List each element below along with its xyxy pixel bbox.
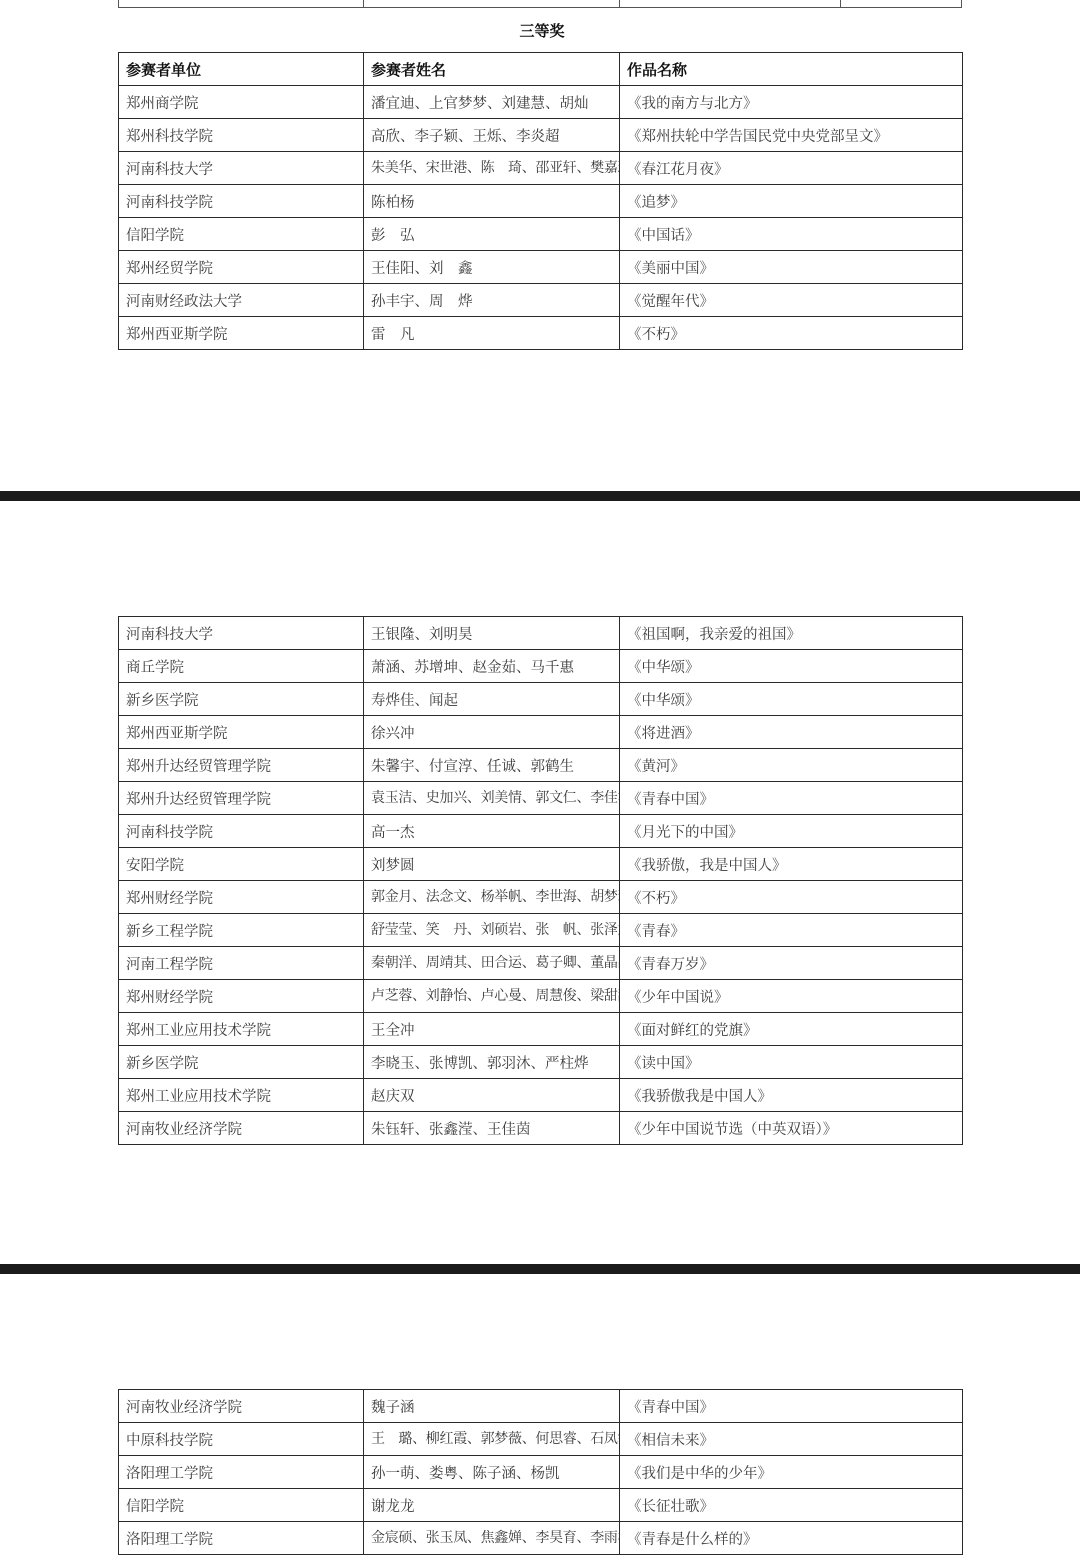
table-row: 河南财经政法大学 孙丰宇、周 烨 《觉醒年代》 bbox=[119, 284, 963, 317]
cell-names: 王全冲 bbox=[364, 1013, 620, 1046]
cell-unit: 新乡医学院 bbox=[119, 1046, 364, 1079]
cell-unit: 郑州工业应用技术学院 bbox=[119, 1013, 364, 1046]
cell-work: 《青春》 bbox=[620, 914, 963, 947]
table-row: 信阳学院 谢龙龙 《长征壮歌》 bbox=[119, 1489, 963, 1522]
table-row: 河南科技学院 高一杰 《月光下的中国》 bbox=[119, 815, 963, 848]
cell-unit: 河南牧业经济学院 bbox=[119, 1112, 364, 1145]
table-row: 河南科技大学 王银隆、刘明昊 《祖国啊，我亲爱的祖国》 bbox=[119, 617, 963, 650]
cell-names: 刘梦圆 bbox=[364, 848, 620, 881]
cell-names: 朱钰轩、张鑫滢、王佳茵 bbox=[364, 1112, 620, 1145]
cell-work: 《青春中国》 bbox=[620, 782, 963, 815]
table-header-row: 参赛者单位 参赛者姓名 作品名称 bbox=[119, 53, 963, 86]
table-row: 郑州工业应用技术学院 王全冲 《面对鲜红的党旗》 bbox=[119, 1013, 963, 1046]
cell-work: 《祖国啊，我亲爱的祖国》 bbox=[620, 617, 963, 650]
cell-names: 谢龙龙 bbox=[364, 1489, 620, 1522]
table-row: 郑州西亚斯学院 雷 凡 《不朽》 bbox=[119, 317, 963, 350]
cell-work: 《中华颂》 bbox=[620, 650, 963, 683]
table-row: 新乡医学院 寿烨佳、闻起 《中华颂》 bbox=[119, 683, 963, 716]
cell-names: 寿烨佳、闻起 bbox=[364, 683, 620, 716]
cell-names: 陈柏杨 bbox=[364, 185, 620, 218]
cell-work: 《长征壮歌》 bbox=[620, 1489, 963, 1522]
column-header-unit: 参赛者单位 bbox=[119, 53, 364, 86]
column-header-work: 作品名称 bbox=[620, 53, 963, 86]
table-row: 河南科技学院 陈柏杨 《追梦》 bbox=[119, 185, 963, 218]
cell-unit: 郑州升达经贸管理学院 bbox=[119, 782, 364, 815]
column-header-names: 参赛者姓名 bbox=[364, 53, 620, 86]
cell-names: 彭 弘 bbox=[364, 218, 620, 251]
cell-unit: 郑州升达经贸管理学院 bbox=[119, 749, 364, 782]
table-row: 新乡工程学院 舒莹莹、笑 丹、刘硕岩、张 帆、张泽旭 《青春》 bbox=[119, 914, 963, 947]
table-row: 河南科技大学 朱美华、宋世港、陈 琦、邵亚轩、樊嘉璐、姚晶晶、刘金晖、宋露露等 … bbox=[119, 152, 963, 185]
cell-unit: 洛阳理工学院 bbox=[119, 1456, 364, 1489]
cell-names: 潘宜迪、上官梦梦、刘建慧、胡灿 bbox=[364, 86, 620, 119]
table-row: 河南牧业经济学院 朱钰轩、张鑫滢、王佳茵 《少年中国说节选（中英双语）》 bbox=[119, 1112, 963, 1145]
cell-names: 秦朝洋、周靖其、田合运、葛子卿、董晶晶、刘雅思、张冰迅、周茗玉 bbox=[364, 947, 620, 980]
cell-names: 魏子涵 bbox=[364, 1390, 620, 1423]
cell-work: 《觉醒年代》 bbox=[620, 284, 963, 317]
table-row: 新乡医学院 李晓玉、张博凯、郭羽沐、严柱烨 《读中国》 bbox=[119, 1046, 963, 1079]
table-row: 河南工程学院 秦朝洋、周靖其、田合运、葛子卿、董晶晶、刘雅思、张冰迅、周茗玉 《… bbox=[119, 947, 963, 980]
previous-table-remnant bbox=[118, 0, 962, 8]
cell-unit: 信阳学院 bbox=[119, 218, 364, 251]
table-row: 郑州经贸学院 王佳阳、刘 鑫 《美丽中国》 bbox=[119, 251, 963, 284]
table-row: 郑州商学院 潘宜迪、上官梦梦、刘建慧、胡灿 《我的南方与北方》 bbox=[119, 86, 963, 119]
document-page-2: 河南科技大学 王银隆、刘明昊 《祖国啊，我亲爱的祖国》 商丘学院 萧涵、苏增坤、… bbox=[0, 501, 1080, 1264]
cell-unit: 新乡医学院 bbox=[119, 683, 364, 716]
table-row: 郑州财经学院 郭金月、法念文、杨举帆、李世海、胡梦雅、马冰钰、任 颖、苏 果 《… bbox=[119, 881, 963, 914]
table-row: 郑州财经学院 卢芝蓉、刘静怡、卢心曼、周慧俊、梁甜甜、林申申 《少年中国说》 bbox=[119, 980, 963, 1013]
cell-unit: 郑州财经学院 bbox=[119, 980, 364, 1013]
cell-unit: 郑州财经学院 bbox=[119, 881, 364, 914]
cell-names: 舒莹莹、笑 丹、刘硕岩、张 帆、张泽旭 bbox=[364, 914, 620, 947]
cell-names: 朱馨宇、付宣淳、任诚、郭鹤生 bbox=[364, 749, 620, 782]
cell-names: 朱美华、宋世港、陈 琦、邵亚轩、樊嘉璐、姚晶晶、刘金晖、宋露露等 bbox=[364, 152, 620, 185]
cell-work: 《少年中国说》 bbox=[620, 980, 963, 1013]
cell-names: 王银隆、刘明昊 bbox=[364, 617, 620, 650]
cell-work: 《少年中国说节选（中英双语）》 bbox=[620, 1112, 963, 1145]
cell-work: 《郑州扶轮中学告国民党中央党部呈文》 bbox=[620, 119, 963, 152]
cell-work: 《中华颂》 bbox=[620, 683, 963, 716]
cell-unit: 洛阳理工学院 bbox=[119, 1522, 364, 1555]
cell-unit: 信阳学院 bbox=[119, 1489, 364, 1522]
cell-unit: 郑州商学院 bbox=[119, 86, 364, 119]
cell-unit: 郑州西亚斯学院 bbox=[119, 317, 364, 350]
document-page-3: 河南牧业经济学院 魏子涵 《青春中国》 中原科技学院 王 璐、柳红霞、郭梦薇、何… bbox=[0, 1274, 1080, 1560]
table-row: 郑州科技学院 高欣、李子颖、王烁、李炎超 《郑州扶轮中学告国民党中央党部呈文》 bbox=[119, 119, 963, 152]
cell-work: 《青春万岁》 bbox=[620, 947, 963, 980]
cell-work: 《不朽》 bbox=[620, 881, 963, 914]
cell-unit: 河南财经政法大学 bbox=[119, 284, 364, 317]
cell-work: 《青春是什么样的》 bbox=[620, 1522, 963, 1555]
cell-work: 《我们是中华的少年》 bbox=[620, 1456, 963, 1489]
cell-work: 《我骄傲我是中国人》 bbox=[620, 1079, 963, 1112]
cell-unit: 河南牧业经济学院 bbox=[119, 1390, 364, 1423]
cell-work: 《黄河》 bbox=[620, 749, 963, 782]
cell-names: 金宸硕、张玉凤、焦鑫婵、李昊育、李雨格、杜欣宇 bbox=[364, 1522, 620, 1555]
table-row: 郑州工业应用技术学院 赵庆双 《我骄傲我是中国人》 bbox=[119, 1079, 963, 1112]
cell-unit: 安阳学院 bbox=[119, 848, 364, 881]
table-row: 中原科技学院 王 璐、柳红霞、郭梦薇、何思睿、石凤宇、王雅晶 《相信未来》 bbox=[119, 1423, 963, 1456]
cell-names: 郭金月、法念文、杨举帆、李世海、胡梦雅、马冰钰、任 颖、苏 果 bbox=[364, 881, 620, 914]
cell-unit: 河南科技大学 bbox=[119, 617, 364, 650]
award-table-page-3: 河南牧业经济学院 魏子涵 《青春中国》 中原科技学院 王 璐、柳红霞、郭梦薇、何… bbox=[118, 1389, 963, 1555]
cell-unit: 中原科技学院 bbox=[119, 1423, 364, 1456]
award-table-page-2: 河南科技大学 王银隆、刘明昊 《祖国啊，我亲爱的祖国》 商丘学院 萧涵、苏增坤、… bbox=[118, 616, 963, 1145]
cell-names: 高一杰 bbox=[364, 815, 620, 848]
cell-names: 王 璐、柳红霞、郭梦薇、何思睿、石凤宇、王雅晶 bbox=[364, 1423, 620, 1456]
cell-unit: 郑州经贸学院 bbox=[119, 251, 364, 284]
cell-names: 雷 凡 bbox=[364, 317, 620, 350]
cell-unit: 河南科技大学 bbox=[119, 152, 364, 185]
cell-names: 李晓玉、张博凯、郭羽沐、严柱烨 bbox=[364, 1046, 620, 1079]
page-break-divider bbox=[0, 491, 1080, 501]
table-row: 郑州升达经贸管理学院 袁玉洁、史加兴、刘美情、郭文仁、李佳澳、林佳音 《青春中国… bbox=[119, 782, 963, 815]
table-row: 安阳学院 刘梦圆 《我骄傲，我是中国人》 bbox=[119, 848, 963, 881]
cell-work: 《美丽中国》 bbox=[620, 251, 963, 284]
cell-work: 《我骄傲，我是中国人》 bbox=[620, 848, 963, 881]
cell-work: 《春江花月夜》 bbox=[620, 152, 963, 185]
cell-work: 《将进酒》 bbox=[620, 716, 963, 749]
cell-unit: 河南科技学院 bbox=[119, 185, 364, 218]
cell-unit: 郑州科技学院 bbox=[119, 119, 364, 152]
cell-names: 袁玉洁、史加兴、刘美情、郭文仁、李佳澳、林佳音 bbox=[364, 782, 620, 815]
cell-work: 《面对鲜红的党旗》 bbox=[620, 1013, 963, 1046]
cell-names: 卢芝蓉、刘静怡、卢心曼、周慧俊、梁甜甜、林申申 bbox=[364, 980, 620, 1013]
cell-work: 《相信未来》 bbox=[620, 1423, 963, 1456]
page-break-divider bbox=[0, 1264, 1080, 1274]
cell-work: 《不朽》 bbox=[620, 317, 963, 350]
section-title-third-prize: 三等奖 bbox=[0, 20, 1080, 41]
cell-unit: 郑州工业应用技术学院 bbox=[119, 1079, 364, 1112]
cell-names: 高欣、李子颖、王烁、李炎超 bbox=[364, 119, 620, 152]
table-row: 洛阳理工学院 孙一萌、娄粤、陈子涵、杨凯 《我们是中华的少年》 bbox=[119, 1456, 963, 1489]
cell-work: 《读中国》 bbox=[620, 1046, 963, 1079]
cell-unit: 河南科技学院 bbox=[119, 815, 364, 848]
cell-work: 《我的南方与北方》 bbox=[620, 86, 963, 119]
cell-names: 赵庆双 bbox=[364, 1079, 620, 1112]
cell-names: 王佳阳、刘 鑫 bbox=[364, 251, 620, 284]
cell-names: 萧涵、苏增坤、赵金茹、马千惠 bbox=[364, 650, 620, 683]
table-row: 信阳学院 彭 弘 《中国话》 bbox=[119, 218, 963, 251]
table-row: 河南牧业经济学院 魏子涵 《青春中国》 bbox=[119, 1390, 963, 1423]
table-row: 郑州西亚斯学院 徐兴冲 《将进酒》 bbox=[119, 716, 963, 749]
cell-unit: 河南工程学院 bbox=[119, 947, 364, 980]
cell-work: 《青春中国》 bbox=[620, 1390, 963, 1423]
cell-names: 孙丰宇、周 烨 bbox=[364, 284, 620, 317]
cell-work: 《中国话》 bbox=[620, 218, 963, 251]
cell-work: 《追梦》 bbox=[620, 185, 963, 218]
cell-work: 《月光下的中国》 bbox=[620, 815, 963, 848]
cell-unit: 新乡工程学院 bbox=[119, 914, 364, 947]
cell-names: 徐兴冲 bbox=[364, 716, 620, 749]
table-row: 洛阳理工学院 金宸硕、张玉凤、焦鑫婵、李昊育、李雨格、杜欣宇 《青春是什么样的》 bbox=[119, 1522, 963, 1555]
document-page-1: 三等奖 参赛者单位 参赛者姓名 作品名称 郑州商学院 潘宜迪、上官梦梦、刘建慧、… bbox=[0, 0, 1080, 491]
award-table-page-1: 参赛者单位 参赛者姓名 作品名称 郑州商学院 潘宜迪、上官梦梦、刘建慧、胡灿 《… bbox=[118, 52, 963, 350]
cell-unit: 郑州西亚斯学院 bbox=[119, 716, 364, 749]
table-row: 商丘学院 萧涵、苏增坤、赵金茹、马千惠 《中华颂》 bbox=[119, 650, 963, 683]
cell-unit: 商丘学院 bbox=[119, 650, 364, 683]
cell-names: 孙一萌、娄粤、陈子涵、杨凯 bbox=[364, 1456, 620, 1489]
table-row: 郑州升达经贸管理学院 朱馨宇、付宣淳、任诚、郭鹤生 《黄河》 bbox=[119, 749, 963, 782]
